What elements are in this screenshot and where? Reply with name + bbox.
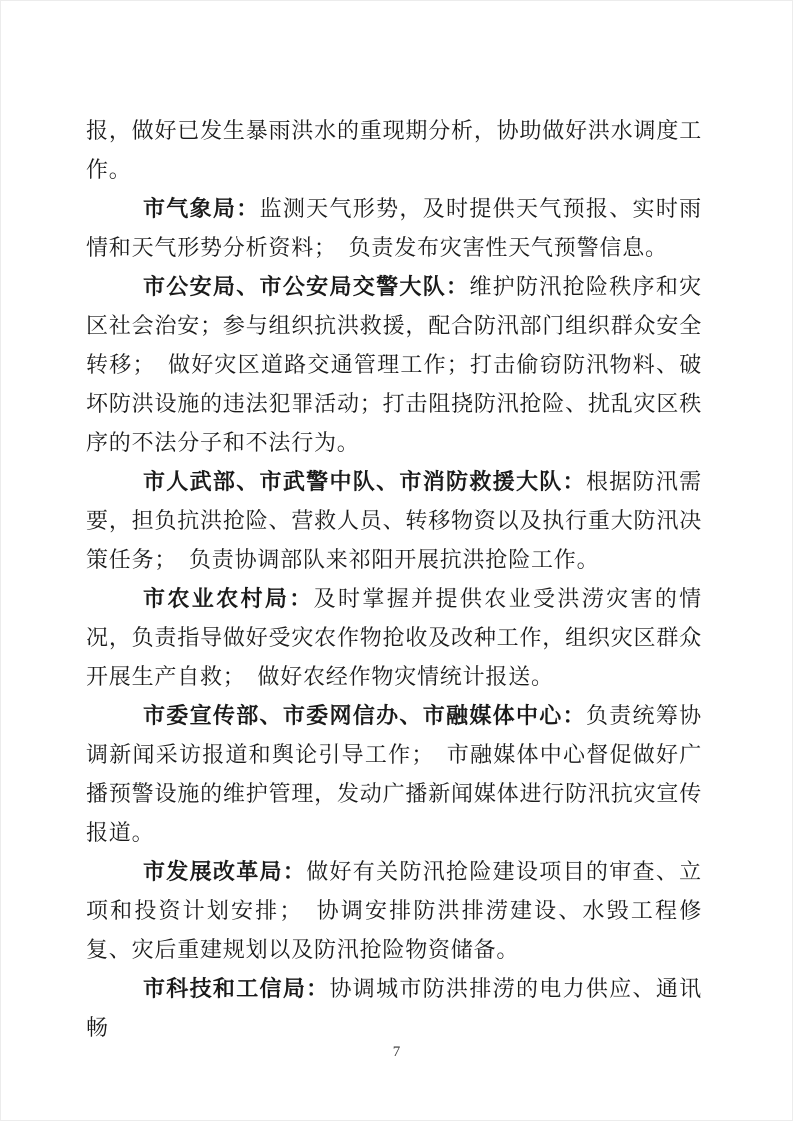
department-lead: 市发展改革局： [143,859,306,884]
document-page: 报，做好已发生暴雨洪水的重现期分析，协助做好洪水调度工作。 市气象局：监测天气形… [0,0,793,1121]
department-lead: 市科技和工信局： [143,976,330,1001]
paragraph-military-fire-rescue: 市人武部、市武警中队、市消防救援大队：根据防汛需要，担负抗洪抢险、营救人员、转移… [86,462,702,579]
page-number: 7 [1,1044,792,1061]
paragraph-text: 报，做好已发生暴雨洪水的重现期分析，协助做好洪水调度工作。 [86,118,702,182]
paragraph-propaganda-media-center: 市委宣传部、市委网信办、市融媒体中心：负责统筹协调新闻采访报道和舆论引导工作； … [86,696,702,852]
department-lead: 市气象局： [143,196,260,221]
page-content: 报，做好已发生暴雨洪水的重现期分析，协助做好洪水调度工作。 市气象局：监测天气形… [86,111,702,1047]
paragraph-continuation: 报，做好已发生暴雨洪水的重现期分析，协助做好洪水调度工作。 [86,111,702,189]
paragraph-text: 维护防汛抢险秩序和灾区社会治安；参与组织抗洪救援，配合防汛部门组织群众安全转移；… [86,274,702,455]
paragraph-agriculture-rural-bureau: 市农业农村局：及时掌握并提供农业受洪涝灾害的情况，负责指导做好受灾农作物抢收及改… [86,579,702,696]
department-lead: 市委宣传部、市委网信办、市融媒体中心： [143,703,586,728]
department-lead: 市人武部、市武警中队、市消防救援大队： [143,469,586,494]
department-lead: 市公安局、市公安局交警大队： [143,274,469,299]
department-lead: 市农业农村局： [143,586,314,611]
paragraph-development-reform-bureau: 市发展改革局：做好有关防汛抢险建设项目的审查、立项和投资计划安排； 协调安排防洪… [86,852,702,969]
paragraph-meteorological-bureau: 市气象局：监测天气形势，及时提供天气预报、实时雨情和天气形势分析资料； 负责发布… [86,189,702,267]
paragraph-public-security-bureau: 市公安局、市公安局交警大队：维护防汛抢险秩序和灾区社会治安；参与组织抗洪救援，配… [86,267,702,462]
paragraph-science-tech-industry-bureau: 市科技和工信局：协调城市防洪排涝的电力供应、通讯畅 [86,969,702,1047]
